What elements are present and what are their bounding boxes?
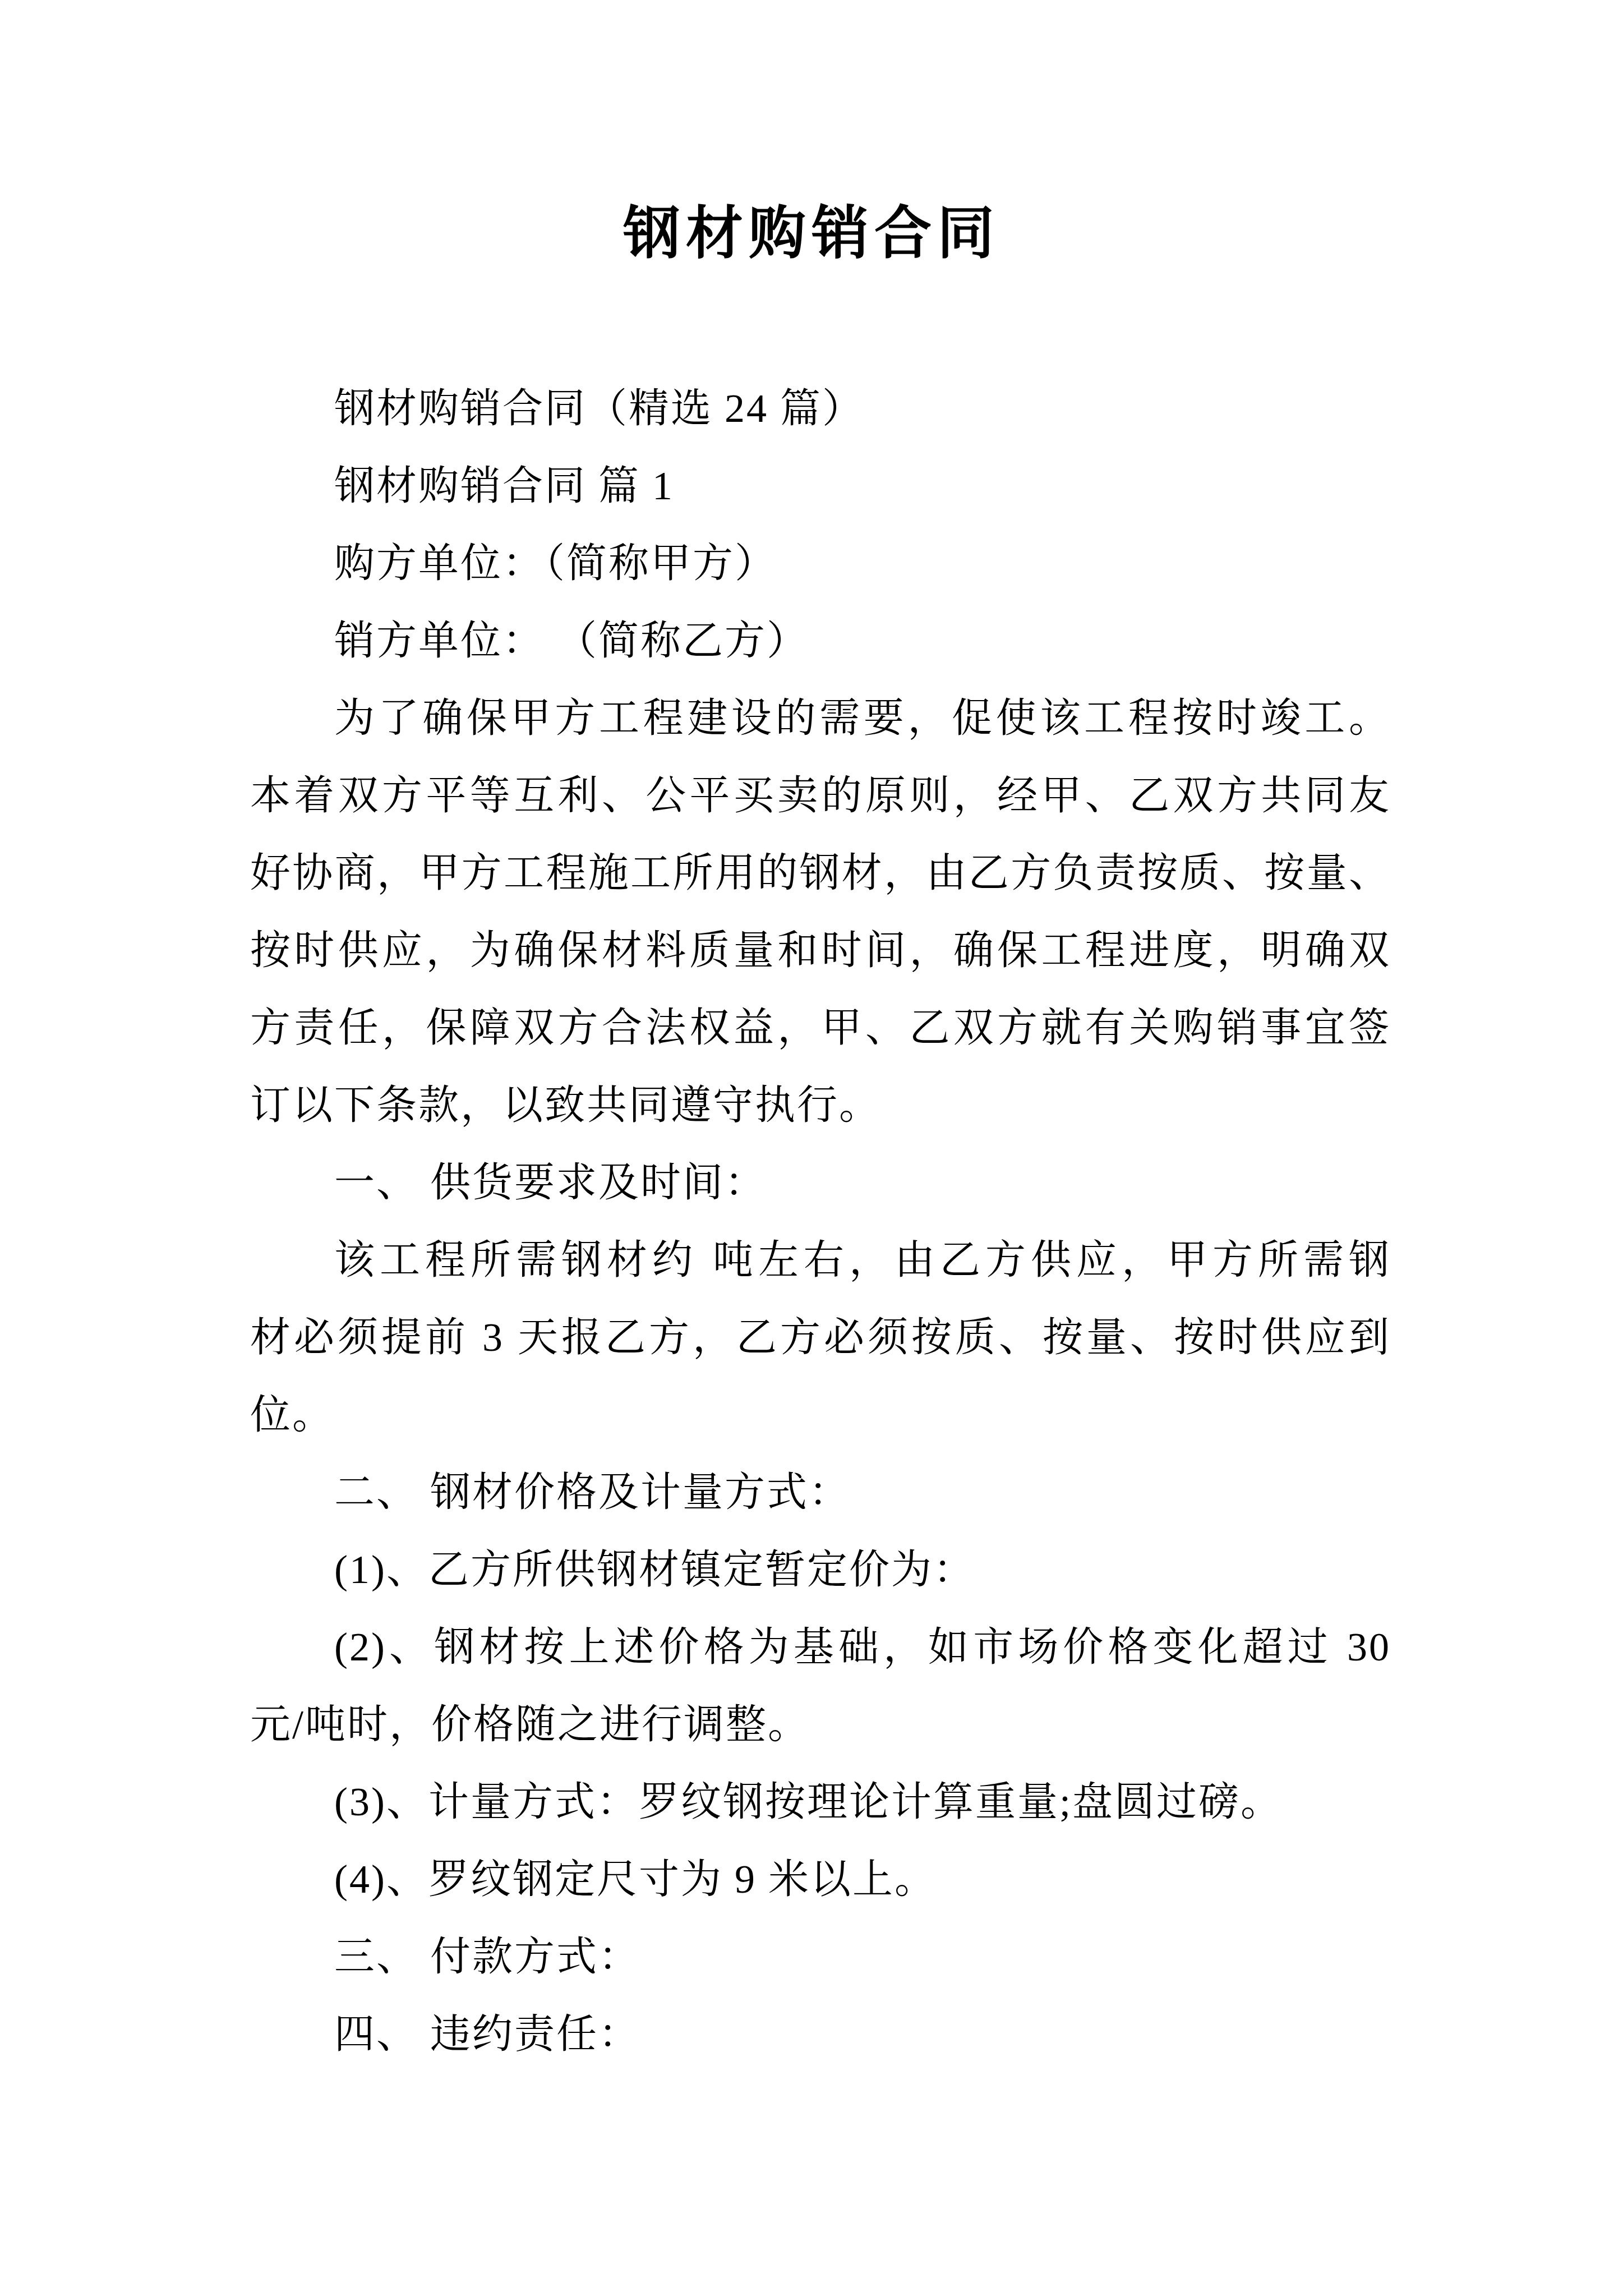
text-line: 好协商，甲方工程施工所用的钢材，由乙方负责按质、按量、 bbox=[250, 834, 1391, 912]
text-line: 按时供应，为确保材料质量和时间，确保工程进度，明确双 bbox=[250, 912, 1391, 989]
text-line: 方责任，保障双方合法权益，甲、乙双方就有关购销事宜签 bbox=[250, 989, 1391, 1066]
text-line: (1)、乙方所供钢材镇定暂定价为： bbox=[250, 1531, 1391, 1608]
text-line: 为了确保甲方工程建设的需要，促使该工程按时竣工。 bbox=[250, 679, 1391, 757]
text-line: 钢材购销合同 篇 1 bbox=[250, 447, 1391, 524]
document-title: 钢材购销合同 bbox=[0, 203, 1623, 266]
text-line: 四、 违约责任： bbox=[250, 1995, 1391, 2073]
text-line: 订以下条款，以致共同遵守执行。 bbox=[250, 1066, 1391, 1144]
text-line: 位。 bbox=[250, 1376, 1391, 1453]
text-line: 购方单位：（简称甲方） bbox=[250, 524, 1391, 602]
text-line: (4)、罗纹钢定尺寸为 9 米以上。 bbox=[250, 1841, 1391, 1918]
text-line: (3)、计量方式：罗纹钢按理论计算重量;盘圆过磅。 bbox=[250, 1763, 1391, 1841]
text-line: 该工程所需钢材约 吨左右，由乙方供应，甲方所需钢 bbox=[250, 1221, 1391, 1299]
document-body: 钢材购销合同（精选 24 篇） 钢材购销合同 篇 1 购方单位：（简称甲方） 销… bbox=[250, 370, 1391, 2073]
document-page: 钢材购销合同 钢材购销合同（精选 24 篇） 钢材购销合同 篇 1 购方单位：（… bbox=[0, 0, 1623, 2296]
text-line: 钢材购销合同（精选 24 篇） bbox=[250, 370, 1391, 447]
text-line: 销方单位： （简称乙方） bbox=[250, 602, 1391, 679]
text-line: 材必须提前 3 天报乙方，乙方必须按质、按量、按时供应到 bbox=[250, 1299, 1391, 1376]
text-line: 一、 供货要求及时间： bbox=[250, 1144, 1391, 1221]
text-line: 三、 付款方式： bbox=[250, 1918, 1391, 1995]
text-line: 本着双方平等互利、公平买卖的原则，经甲、乙双方共同友 bbox=[250, 757, 1391, 834]
text-line: 元/吨时，价格随之进行调整。 bbox=[250, 1686, 1391, 1763]
text-line: 二、 钢材价格及计量方式： bbox=[250, 1453, 1391, 1531]
text-line: (2)、钢材按上述价格为基础，如市场价格变化超过 30 bbox=[250, 1608, 1391, 1686]
